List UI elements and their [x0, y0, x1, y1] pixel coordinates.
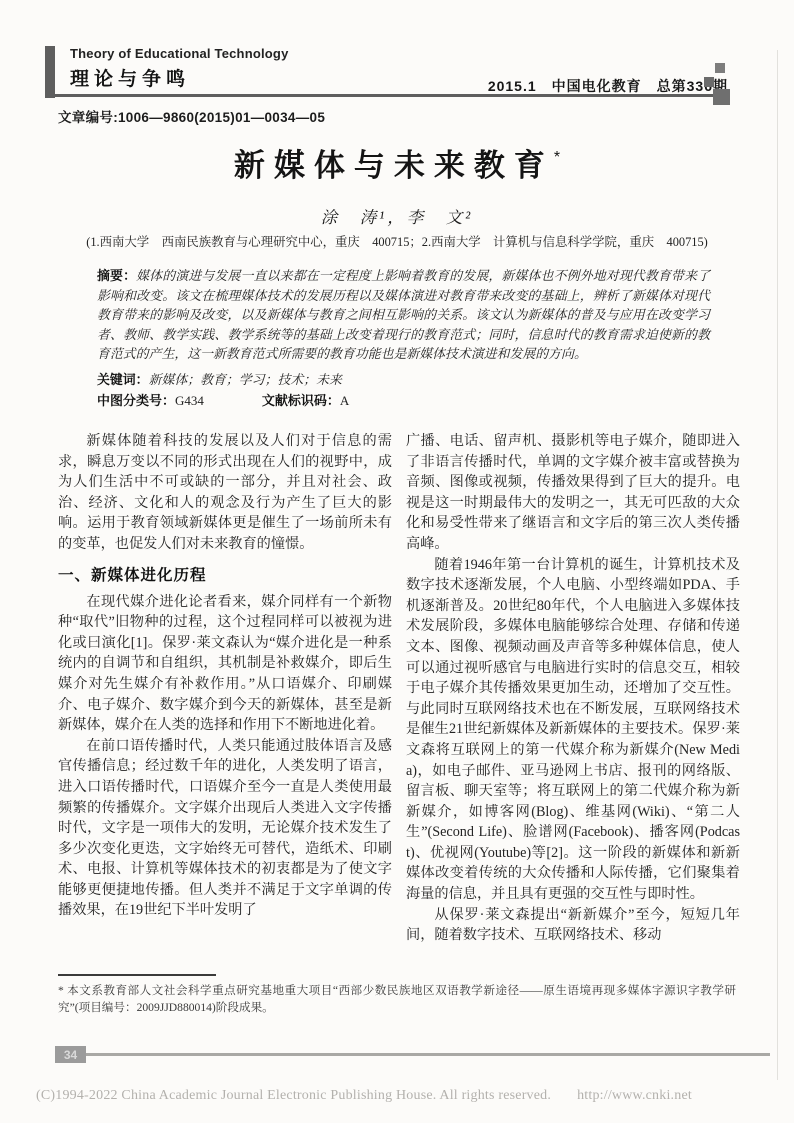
header-square-decoration [704, 77, 714, 87]
doc-code-value: A [340, 393, 349, 408]
abstract-label: 摘要： [97, 268, 136, 283]
abstract-block: 摘要：媒体的演进与发展一直以来都在一定程度上影响着教育的发展，新媒体也不例外地对… [97, 266, 710, 365]
header-bracket-decoration [45, 46, 55, 98]
header-square-decoration [715, 63, 725, 73]
right-column: 广播、电话、留声机、摄影机等电子媒介，随即进入了非语言传播时代，单调的文字媒介被… [406, 431, 740, 973]
keywords-label: 关键词： [97, 372, 149, 387]
keywords-text: 新媒体；教育；学习；技术；未来 [149, 373, 342, 387]
copyright-footer: (C)1994-2022 China Academic Journal Elec… [36, 1088, 776, 1104]
body-columns: 新媒体随着科技的发展以及人们对于信息的需求，瞬息万变以不同的形式出现在人们的视野… [58, 431, 740, 973]
series-title-cn: 理论与争鸣 [70, 64, 289, 91]
section-heading-1: 一、新媒体进化历程 [58, 563, 392, 585]
article-title: 新媒体与未来教育* [60, 140, 734, 185]
keywords-line: 关键词：新媒体；教育；学习；技术；未来 [97, 369, 710, 388]
clc-label: 中图分类号： [97, 393, 175, 408]
series-title-en: Theory of Educational Technology [70, 46, 289, 61]
article-number: 文章编号:1006—9860(2015)01—0034—05 [58, 106, 325, 126]
title-footnote-marker: * [554, 149, 560, 166]
footnote-separator [58, 974, 216, 976]
series-titles: Theory of Educational Technology 理论与争鸣 [70, 46, 289, 98]
copyright-text: (C)1994-2022 China Academic Journal Elec… [36, 1088, 551, 1103]
classification-line: 中图分类号：G434文献标识码：A [97, 390, 710, 409]
header-rule [45, 94, 728, 97]
clc-value: G434 [175, 393, 204, 408]
affiliation-line: (1.西南大学 西南民族教育与心理研究中心，重庆 400715；2.西南大学 计… [60, 232, 734, 250]
page-number-rule [86, 1053, 770, 1056]
column-section-label: Theory of Educational Technology 理论与争鸣 [45, 46, 289, 98]
journal-page: Theory of Educational Technology 理论与争鸣 2… [0, 0, 794, 1123]
abstract-text: 媒体的演进与发展一直以来都在一定程度上影响着教育的发展，新媒体也不例外地对现代教… [97, 269, 710, 361]
body-paragraph: 在前口语传播时代，人类只能通过肢体语言及感官传播信息；经过数千年的进化，人类发明… [58, 736, 392, 921]
body-paragraph: 从保罗·莱文森提出“新新媒介”至今，短短几年间，随着数字技术、互联网络技术、移动 [406, 905, 740, 946]
scan-edge-shadow [777, 50, 778, 1080]
authors-line: 涂 涛¹，李 文² [60, 204, 734, 228]
body-paragraph: 新媒体随着科技的发展以及人们对于信息的需求，瞬息万变以不同的形式出现在人们的视野… [58, 431, 392, 555]
body-paragraph: 随着1946年第一台计算机的诞生，计算机技术及数字技术逐渐发展，个人电脑、小型终… [406, 555, 740, 905]
footnote-text: * 本文系教育部人文社会科学重点研究基地重大项目“西部少数民族地区双语教学新途径… [58, 983, 736, 1016]
journal-header: Theory of Educational Technology 理论与争鸣 2… [45, 46, 728, 98]
header-square-decoration [713, 89, 730, 105]
doc-code-label: 文献标识码： [262, 393, 340, 408]
body-paragraph-continuation: 广播、电话、留声机、摄影机等电子媒介，随即进入了非语言传播时代，单调的文字媒介被… [406, 431, 740, 555]
body-paragraph: 在现代媒介进化论者看来，媒介同样有一个新物种“取代”旧物种的过程，这个过程同样可… [58, 592, 392, 736]
page-number-badge: 34 [55, 1046, 86, 1063]
left-column: 新媒体随着科技的发展以及人们对于信息的需求，瞬息万变以不同的形式出现在人们的视野… [58, 431, 392, 973]
article-title-text: 新媒体与未来教育 [234, 148, 554, 183]
cnki-url: http://www.cnki.net [577, 1088, 692, 1103]
